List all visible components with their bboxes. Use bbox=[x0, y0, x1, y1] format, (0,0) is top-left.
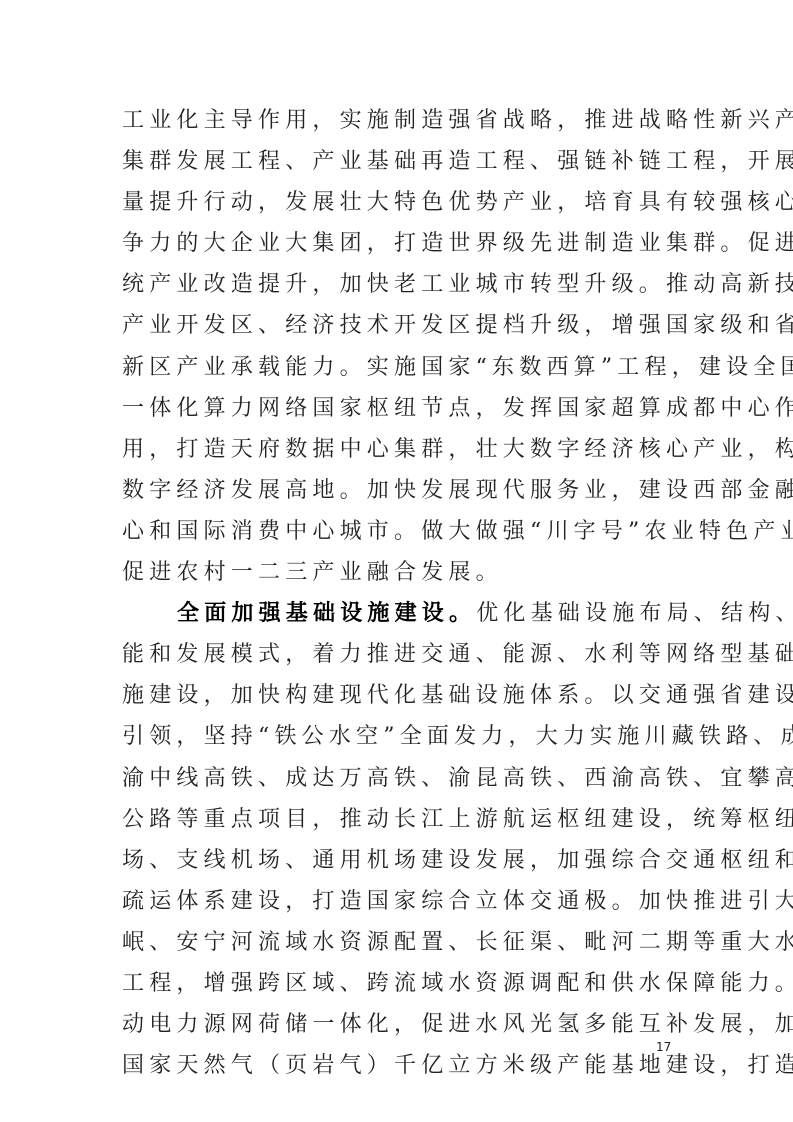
text-line: 用，打造天府数据中心集群，壮大数字经济核心产业，构筑 bbox=[122, 429, 674, 470]
text-line: 一体化算力网络国家枢纽节点，发挥国家超算成都中心作 bbox=[122, 388, 674, 429]
text-line: 动电力源网荷储一体化，促进水风光氢多能互补发展，加快 bbox=[122, 1004, 674, 1045]
section-heading: 全面加强基础设施建设。 bbox=[177, 601, 476, 626]
body-text: 工业化主导作用，实施制造强省战略，推进战略性新兴产业 集群发展工程、产业基础再造… bbox=[122, 100, 674, 1086]
text-line: 引领，坚持“铁公水空”全面发力，大力实施川藏铁路、成 bbox=[122, 716, 674, 757]
document-page: 工业化主导作用，实施制造强省战略，推进战略性新兴产业 集群发展工程、产业基础再造… bbox=[0, 0, 793, 1122]
text-line: 产业开发区、经济技术开发区提档升级，增强国家级和省级 bbox=[122, 305, 674, 346]
text-line: 新区产业承载能力。实施国家“东数西算”工程，建设全国 bbox=[122, 347, 674, 388]
text-line: 岷、安宁河流域水资源配置、长征渠、毗河二期等重大水利 bbox=[122, 922, 674, 963]
page-number: 17 bbox=[656, 1040, 671, 1054]
text-line: 量提升行动，发展壮大特色优势产业，培育具有较强核心竞 bbox=[122, 182, 674, 223]
text-line: 场、支线机场、通用机场建设发展，加强综合交通枢纽和集 bbox=[122, 840, 674, 881]
text-line: 公路等重点项目，推动长江上游航运枢纽建设，统筹枢纽机 bbox=[122, 799, 674, 840]
text-line: 争力的大企业大集团，打造世界级先进制造业集群。促进传 bbox=[122, 223, 674, 264]
text-line: 能和发展模式，着力推进交通、能源、水利等网络型基础设 bbox=[122, 634, 674, 675]
text-line: 渝中线高铁、成达万高铁、渝昆高铁、西渝高铁、宜攀高速 bbox=[122, 758, 674, 799]
text-line: 统产业改造提升，加快老工业城市转型升级。推动高新技术 bbox=[122, 264, 674, 305]
text-line: 疏运体系建设，打造国家综合立体交通极。加快推进引大济 bbox=[122, 881, 674, 922]
text-line: 国家天然气（页岩气）千亿立方米级产能基地建设，打造世 bbox=[122, 1045, 674, 1086]
text-line: 施建设，加快构建现代化基础设施体系。以交通强省建设为 bbox=[122, 675, 674, 716]
text-line: 心和国际消费中心城市。做大做强“川字号”农业特色产业， bbox=[122, 511, 674, 552]
section-first-line-text: 优化基础设施布局、结构、功 bbox=[476, 601, 793, 626]
text-line: 集群发展工程、产业基础再造工程、强链补链工程，开展质 bbox=[122, 141, 674, 182]
text-line: 工程，增强跨区域、跨流域水资源调配和供水保障能力。推 bbox=[122, 963, 674, 1004]
text-line: 数字经济发展高地。加快发展现代服务业，建设西部金融中 bbox=[122, 470, 674, 511]
section-first-line: 全面加强基础设施建设。优化基础设施布局、结构、功 bbox=[122, 593, 674, 634]
text-line: 促进农村一二三产业融合发展。 bbox=[122, 552, 674, 593]
text-line: 工业化主导作用，实施制造强省战略，推进战略性新兴产业 bbox=[122, 100, 674, 141]
